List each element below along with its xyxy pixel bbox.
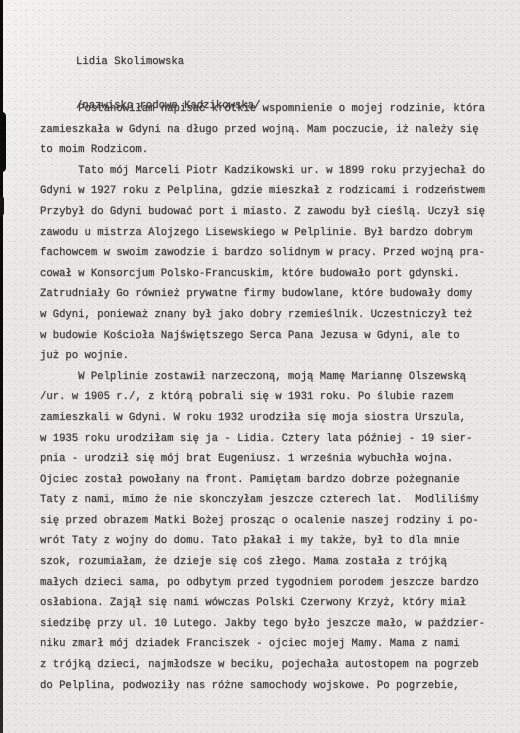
text-line: Tato mój Marceli Piotr Kadzikowski ur. w… <box>40 161 505 182</box>
scan-edge-blob-artifact <box>0 112 6 172</box>
text-line: się przed obrazem Matki Bożej prosząc o … <box>40 511 505 532</box>
text-line: Ojciec został powołany na front. Pamięta… <box>40 470 505 491</box>
text-line: Taty z nami, mimo że nie skonczyłam jesz… <box>40 490 505 511</box>
text-line: W Pelplinie zostawił narzeczoną, moją Ma… <box>40 367 505 388</box>
scan-edge-artifact <box>0 0 3 733</box>
text-line: Postanowiłam napisać krótkie wspomnienie… <box>40 99 505 120</box>
text-line: zamieszkali w Gdyni. W roku 1932 urodził… <box>40 408 505 429</box>
text-line: Gdyni w 1927 roku z Pelplina, gdzie mies… <box>40 181 505 202</box>
text-line: zamieszkała w Gdyni na długo przed wojną… <box>40 120 505 141</box>
text-line: pnia - urodził się mój brat Eugeniusz. 1… <box>40 449 505 470</box>
text-line: z trójką dzieci, najmłodsze w beciku, po… <box>40 655 505 676</box>
text-line: w Gdyni, ponieważ znany był jako dobry r… <box>40 305 505 326</box>
text-line: siedzibę przy ul. 10 Lutego. Jakby tego … <box>40 614 505 635</box>
text-line: zawodu u mistrza Alojzego Lisewskiego w … <box>40 223 505 244</box>
author-name: Lidia Skolimowska <box>76 55 260 70</box>
document-body: Postanowiłam napisać krótkie wspomnienie… <box>40 99 505 696</box>
text-line: Przybył do Gdyni budować port i miasto. … <box>40 202 505 223</box>
text-line: /ur. w 1905 r./, z którą pobrali się w 1… <box>40 387 505 408</box>
text-line: to moim Rodzicom. <box>40 140 505 161</box>
text-line: do Pelplina, podwoziły nas różne samocho… <box>40 676 505 697</box>
text-line: fachowcem w swoim zawodzie i bardzo soli… <box>40 243 505 264</box>
text-line: w 1935 roku urodziłam się ja - Lidia. Cz… <box>40 429 505 450</box>
scan-edge-notch-artifact <box>0 196 4 216</box>
text-line: osłabiona. Zajął się nami wówczas Polski… <box>40 593 505 614</box>
text-line: już po wojnie. <box>40 346 505 367</box>
text-line: wrót Taty z wojny do domu. Tato płakał i… <box>40 531 505 552</box>
text-line: małych dzieci sama, po odbytym przed tyg… <box>40 573 505 594</box>
text-line: niku zmarł mój dziadek Franciszek - ojci… <box>40 634 505 655</box>
text-line: szok, rozumiałam, że dzieje się coś złeg… <box>40 552 505 573</box>
text-line: cował w Konsorcjum Polsko-Francuskim, kt… <box>40 264 505 285</box>
text-line: Zatrudniały Go również prywatne firmy bu… <box>40 284 505 305</box>
scanned-document-page: Lidia Skolimowska /nazwisko rodowe Kadzi… <box>0 0 520 733</box>
text-line: w budowie Kościoła Najświętszego Serca P… <box>40 326 505 347</box>
